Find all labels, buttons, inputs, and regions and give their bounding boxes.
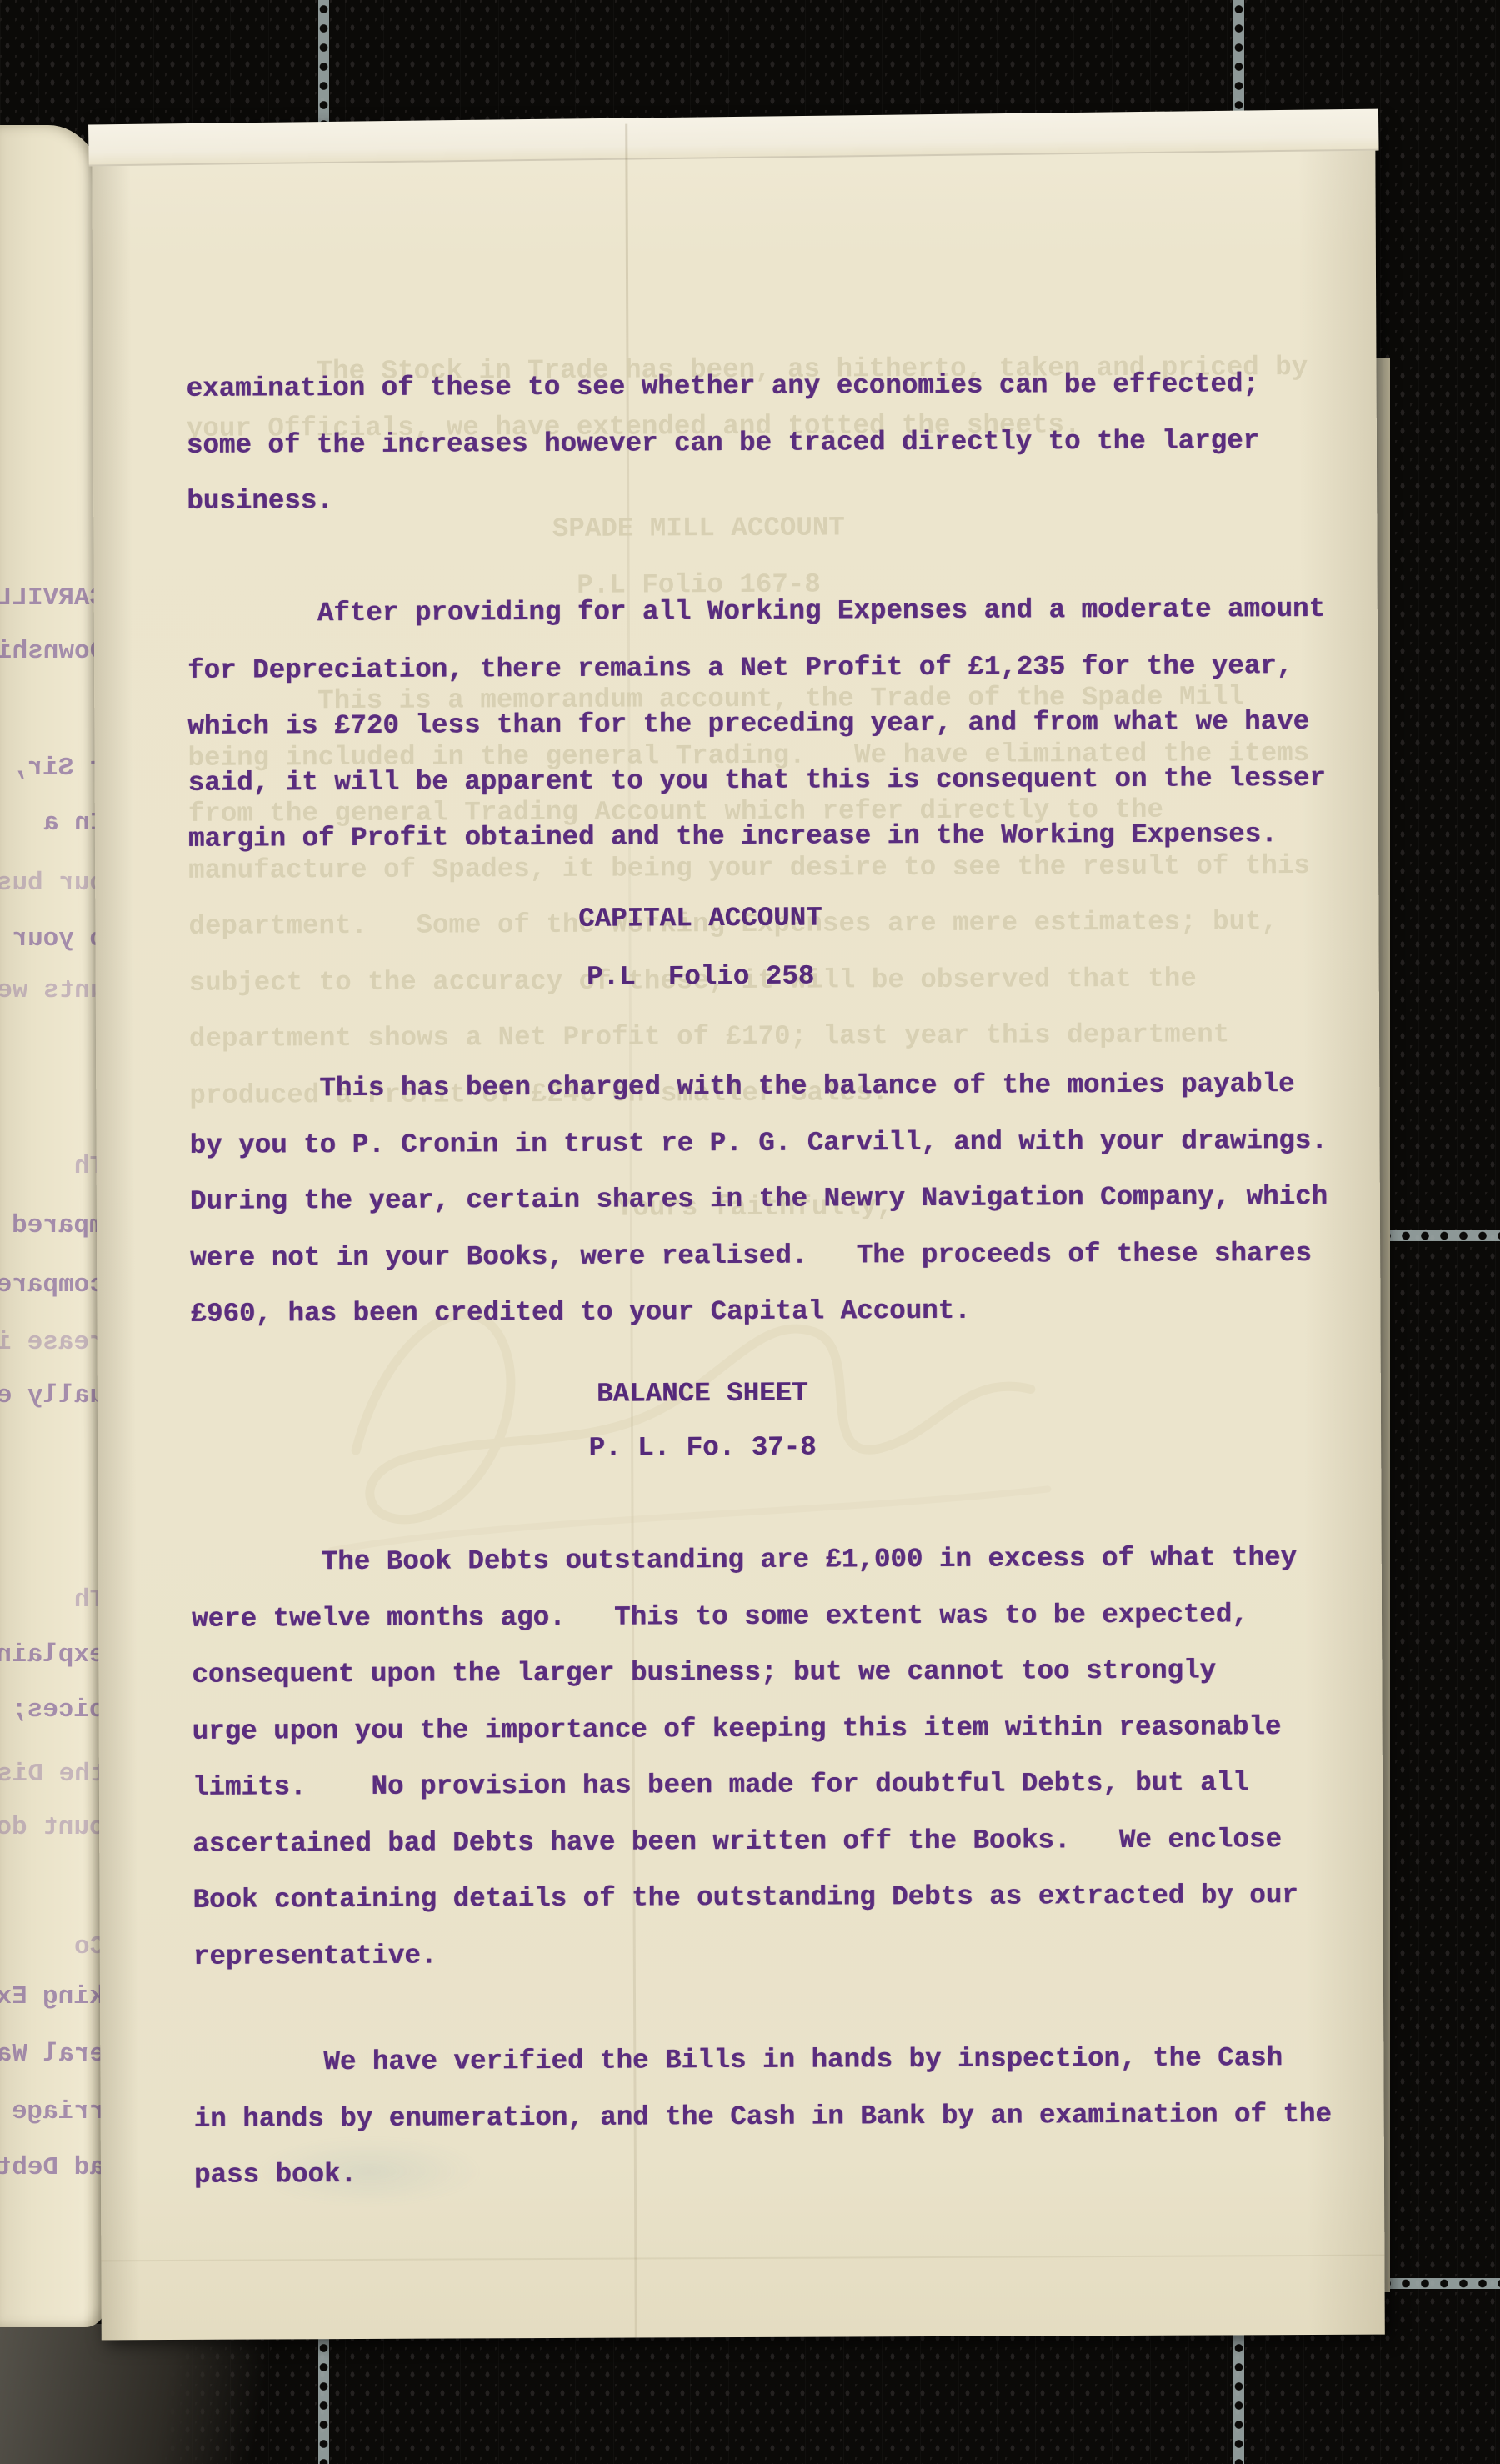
mirrored-bleedthrough-fragment: unts we h: [0, 976, 105, 1005]
mirrored-bleedthrough-fragment: ad Debts: [0, 2153, 105, 2182]
mirrored-bleedthrough-fragment: compared: [0, 1270, 105, 1300]
mirrored-bleedthrough-fragment: CARVILL, E: [0, 583, 105, 613]
mirrored-bleedthrough-fragment: ually earn: [0, 1381, 105, 1410]
paragraph-net-profit: After providing for all Working Expenses…: [187, 581, 1327, 867]
mirrored-bleedthrough-fragment: ount does n: [0, 1813, 105, 1842]
page-bottom-crease: [101, 2255, 1384, 2262]
mirrored-bleedthrough-fragment: the Disco: [0, 1760, 105, 1789]
mirrored-bleedthrough-fragment: mpared with: [0, 1211, 105, 1240]
cradle-shadow-wedge: [0, 2324, 300, 2464]
mirrored-bleedthrough-fragment: o your Pri: [0, 924, 105, 954]
paragraph-book-debts: The Book Debts outstanding are £1,000 in…: [192, 1530, 1299, 1985]
paragraph-capital-account: This has been charged with the balance o…: [189, 1056, 1328, 1342]
previous-page-edge: CARVILL, EDownshir Sir,In aour busineo y…: [0, 125, 107, 2327]
mirrored-bleedthrough-fragment: king Expens: [0, 1982, 105, 2011]
mirrored-bleedthrough-fragment: explained t: [0, 1640, 105, 1670]
archival-photo-stage: CARVILL, EDownshir Sir,In aour busineo y…: [0, 0, 1500, 2464]
paragraph-verification: We have verified the Bills in hands by i…: [193, 2030, 1332, 2203]
mirrored-bleedthrough-fragment: r Sir,: [12, 754, 105, 783]
heading-balance-folio: P. L. Fo. 37-8: [191, 1418, 1214, 1479]
mirrored-bleedthrough-fragment: oices; that: [0, 1695, 105, 1725]
mirrored-bleedthrough-fragment: Downshi: [0, 637, 105, 666]
mirrored-bleedthrough-fragment: eral Wages: [0, 2040, 105, 2069]
mirrored-bleedthrough-fragment: our busine: [0, 869, 105, 898]
document-page: The Stock in Trade has been, as hitherto…: [92, 121, 1385, 2341]
mirrored-bleedthrough-fragment: rease in th: [0, 1328, 105, 1357]
paragraph-economies: examination of these to see whether any …: [186, 356, 1259, 529]
heading-capital-account: CAPITAL ACCOUNT: [188, 889, 1212, 949]
page-top-fold: [88, 109, 1378, 167]
heading-balance-sheet: BALANCE SHEET: [191, 1364, 1214, 1425]
heading-capital-folio: P.L Folio 258: [189, 947, 1212, 1008]
mirrored-bleedthrough-fragment: rriage £29;: [0, 2097, 105, 2126]
